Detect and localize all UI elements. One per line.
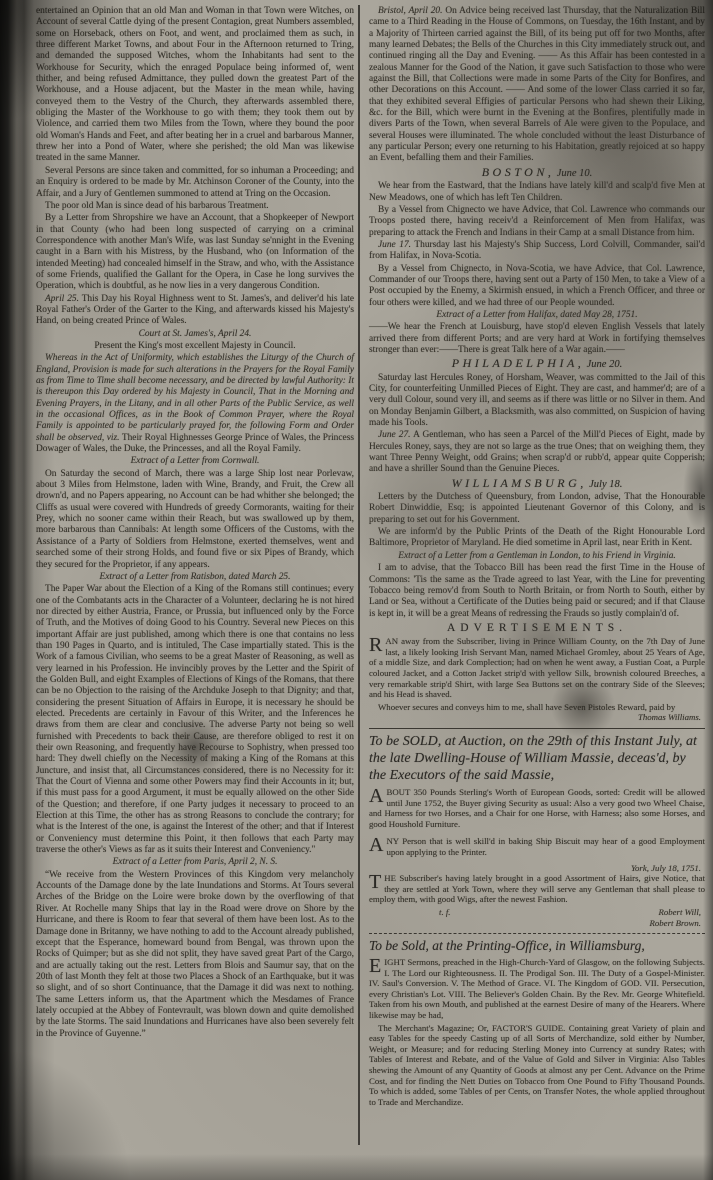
williamsburg-paragraph-baltimore: We are inform'd by the Public Prints of … bbox=[369, 527, 705, 550]
auction-ad-body: ABOUT 350 Pounds Sterling's Worth of Eur… bbox=[369, 787, 705, 829]
drop-cap: A bbox=[369, 787, 386, 805]
philadelphia-paragraph-june27: June 27. A Gentleman, who has seen a Par… bbox=[369, 430, 705, 475]
cornwall-letter-body: On Saturday the second of March, there w… bbox=[36, 469, 354, 571]
wig-makers-ad: THE Subscriber's having lately brought i… bbox=[369, 873, 705, 905]
boston-paragraph-june17: June 17. Thursday last his Majesty's Shi… bbox=[369, 240, 705, 263]
printing-office-ad-heading: To be Sold, at the Printing-Office, in W… bbox=[369, 938, 705, 954]
york-dateline: York, July 18, 1751. bbox=[369, 863, 701, 874]
williamsburg-section-heading: WILLIAMSBURG, July 18. bbox=[369, 478, 705, 491]
wig-ad-signature-row: t. f. Robert Will, Robert Brown. bbox=[439, 907, 701, 928]
williamsburg-paragraph-dinwiddie: Letters by the Dutchess of Queensbury, f… bbox=[369, 492, 705, 526]
paris-letter-heading: Extract of a Letter from Paris, April 2,… bbox=[36, 857, 354, 868]
boston-paragraph-chignecto: By a Vessel from Chignecto we have Advic… bbox=[369, 205, 705, 239]
merchants-magazine-ad: The Merchant's Magazine; Or, FACTOR'S GU… bbox=[369, 1023, 705, 1108]
ad-text: AN away from the Subscriber, living in P… bbox=[369, 636, 705, 699]
drop-cap: E bbox=[369, 957, 384, 975]
ad-separator-rule bbox=[369, 933, 705, 934]
whitefield-sermons-ad: EIGHT Sermons, preached in the High-Chur… bbox=[369, 957, 705, 1021]
order-in-council-paragraph: Whereas in the Act of Uniformity, which … bbox=[36, 353, 354, 455]
runaway-servant-ad: RAN away from the Subscriber, living in … bbox=[369, 636, 705, 700]
left-column: entertained an Opinion that an old Man a… bbox=[36, 6, 354, 1041]
wig-ad-signatures: Robert Will, Robert Brown. bbox=[650, 907, 701, 928]
drop-cap: A bbox=[369, 836, 386, 854]
city-date: July 18. bbox=[589, 479, 622, 490]
signature-name: Robert Will, bbox=[650, 907, 701, 918]
column-divider-rule bbox=[358, 5, 360, 1145]
news-paragraph-shropshire: By a Letter from Shropshire we have an A… bbox=[36, 213, 354, 292]
ratisbon-letter-heading: Extract of a Letter from Ratisbon, dated… bbox=[36, 572, 354, 583]
date-lead: June 27. bbox=[378, 430, 411, 440]
runaway-signature: Thomas Williams. bbox=[369, 712, 701, 723]
city-name: WILLIAMSBURG, bbox=[452, 476, 587, 490]
london-letter-body: I am to advise, that the Tobacco Bill ha… bbox=[369, 563, 705, 620]
news-paragraph-persons-committed: Several Persons are since taken and comm… bbox=[36, 166, 354, 200]
city-name: PHILADELPHIA, bbox=[452, 356, 585, 370]
till-forbid-note: t. f. bbox=[439, 907, 451, 918]
philadelphia-paragraph-counterfeit: Saturday last Hercules Roney, of Horsham… bbox=[369, 373, 705, 430]
ship-biscuit-ad: ANY Person that is well skill'd in bakin… bbox=[369, 836, 705, 857]
date-lead: June 17. bbox=[378, 240, 411, 250]
ad-text: BOUT 350 Pounds Sterling's Worth of Euro… bbox=[369, 787, 705, 829]
auction-ad-heading: To be SOLD, at Auction, on the 29th of t… bbox=[369, 733, 705, 784]
order-italic-text: Whereas in the Act of Uniformity, which … bbox=[36, 353, 354, 442]
halifax-letter-heading: Extract of a Letter from Halifax, dated … bbox=[369, 310, 705, 321]
bristol-news-paragraph: Bristol, April 20. On Advice being recei… bbox=[369, 6, 705, 165]
advertisements-heading: ADVERTISEMENTS. bbox=[369, 623, 705, 634]
paragraph-text: This Day his Royal Highness went to St. … bbox=[36, 294, 354, 327]
philadelphia-section-heading: PHILADELPHIA, June 20. bbox=[369, 358, 705, 371]
halifax-letter-body: ——We hear the French at Louisburg, have … bbox=[369, 322, 705, 356]
news-paragraph-prince-of-wales: April 25. This Day his Royal Highness we… bbox=[36, 294, 354, 328]
ad-text: IGHT Sermons, preached in the High-Churc… bbox=[369, 957, 705, 1020]
boston-section-heading: BOSTON, June 10. bbox=[369, 167, 705, 180]
signature-name: Robert Brown. bbox=[650, 918, 701, 929]
paragraph-text: Thursday last his Majesty's Ship Success… bbox=[369, 240, 705, 261]
cornwall-letter-heading: Extract of a Letter from Cornwall. bbox=[36, 456, 354, 467]
ad-separator-rule bbox=[369, 728, 705, 729]
paragraph-text: On Advice being received last Thursday, … bbox=[369, 6, 705, 163]
newspaper-page: entertained an Opinion that an old Man a… bbox=[0, 0, 713, 1180]
city-date: June 20. bbox=[587, 359, 623, 370]
news-paragraph-old-man-dead: The poor old Man is since dead of his ba… bbox=[36, 201, 354, 212]
boston-paragraph-indians: We hear from the Eastward, that the Indi… bbox=[369, 181, 705, 204]
ratisbon-letter-body: The Paper War about the Election of a Ki… bbox=[36, 584, 354, 856]
drop-cap: T bbox=[369, 873, 384, 891]
paragraph-text: A Gentleman, who has seen a Parcel of th… bbox=[369, 430, 705, 474]
ad-text: NY Person that is well skill'd in baking… bbox=[386, 836, 705, 857]
ad-text: HE Subscriber's having lately brought in… bbox=[369, 873, 705, 904]
city-date: June 10. bbox=[557, 168, 593, 179]
paris-letter-body: “We receive from the Western Provinces o… bbox=[36, 870, 354, 1040]
court-dateline-heading: Court at St. James's, April 24. bbox=[36, 329, 354, 340]
london-letter-heading: Extract of a Letter from a Gentleman in … bbox=[369, 551, 705, 562]
right-column: Bristol, April 20. On Advice being recei… bbox=[369, 6, 705, 1107]
news-paragraph-tring-witches: entertained an Opinion that an old Man a… bbox=[36, 6, 354, 165]
council-present-line: Present the King's most excellent Majest… bbox=[36, 341, 354, 352]
boston-paragraph-skirmish: By a Vessel from Chignecto, in Nova-Scot… bbox=[369, 264, 705, 309]
bristol-dateline: Bristol, April 20. bbox=[378, 6, 442, 16]
runaway-reward-line: Whoever secures and conveys him to me, s… bbox=[369, 702, 705, 713]
drop-cap: R bbox=[369, 636, 385, 654]
city-name: BOSTON, bbox=[482, 165, 555, 179]
date-lead: April 25. bbox=[45, 294, 79, 304]
